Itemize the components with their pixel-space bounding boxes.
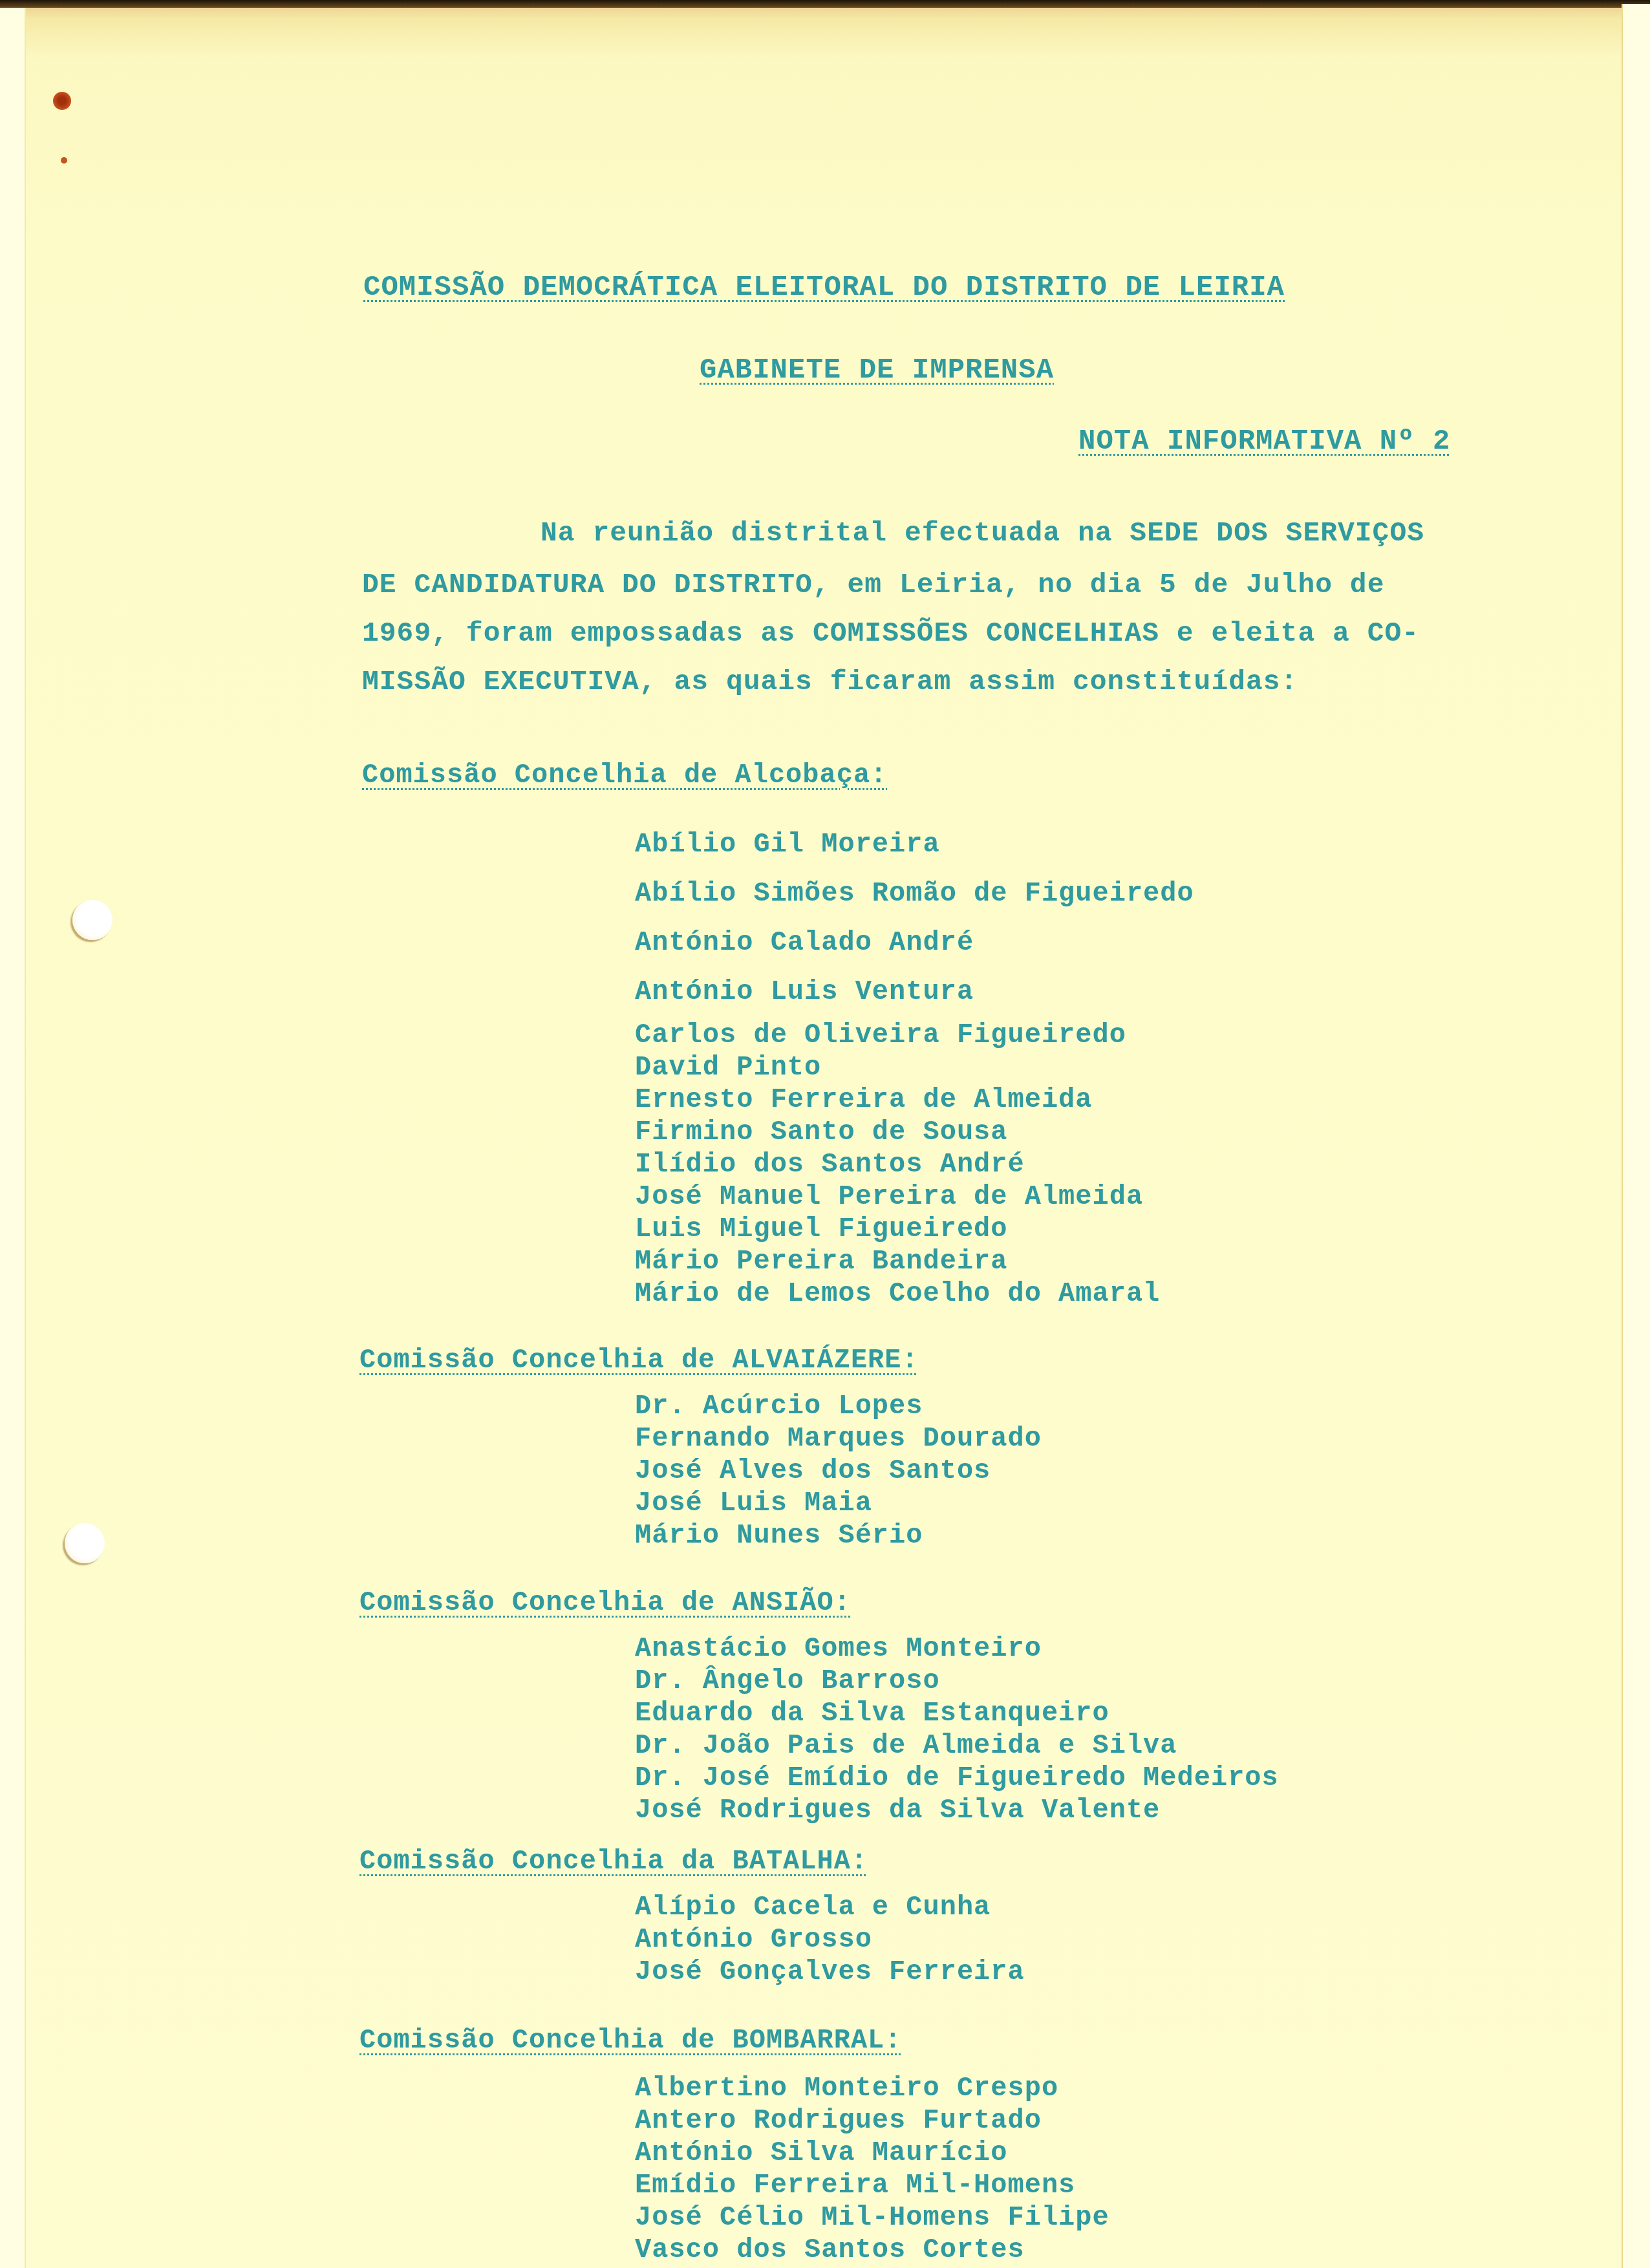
section-title-bombarral: Comissão Concelhia de BOMBARRAL: (359, 2025, 902, 2056)
member-name: Fernando Marques Dourado (635, 1422, 1042, 1455)
member-name: Dr. José Emídio de Figueiredo Medeiros (635, 1762, 1279, 1794)
punch-hole-icon (65, 1523, 105, 1563)
rust-stain-mark (53, 92, 71, 110)
member-name: Alípio Cacela e Cunha (635, 1891, 1025, 1923)
document-page: COMISSÃO DEMOCRÁTICA ELEITORAL DO DISTRI… (0, 0, 1650, 2268)
member-list-ansiao: Anastácio Gomes Monteiro Dr. Ângelo Barr… (635, 1632, 1279, 1826)
member-name: José Manuel Pereira de Almeida (635, 1181, 1160, 1213)
member-name: Mário de Lemos Coelho do Amaral (635, 1278, 1160, 1310)
section-title-alvaiazere: Comissão Concelhia de ALVAIÁZERE: (359, 1345, 919, 1376)
member-name: Emídio Ferreira Mil-Homens (635, 2169, 1109, 2201)
member-list-batalha: Alípio Cacela e Cunha António Grosso Jos… (635, 1891, 1025, 1988)
punch-hole-icon (72, 900, 112, 940)
member-list-alvaiazere: Dr. Acúrcio Lopes Fernando Marques Doura… (635, 1390, 1042, 1552)
member-name: Dr. Acúrcio Lopes (635, 1390, 1042, 1422)
member-name: António Silva Maurício (635, 2137, 1109, 2169)
member-name: Dr. Ângelo Barroso (635, 1665, 1279, 1697)
paper-edge-left (0, 8, 26, 2268)
member-name: Luis Miguel Figueiredo (635, 1213, 1160, 1245)
member-name: Ernesto Ferreira de Almeida (635, 1084, 1160, 1116)
member-name: Abílio Simões Romão de Figueiredo (635, 869, 1194, 918)
paper-edge-right (1622, 4, 1650, 2268)
member-list-bombarral: Albertino Monteiro Crespo Antero Rodrigu… (635, 2072, 1109, 2266)
intro-line: DE CANDIDATURA DO DISTRITO, em Leiria, n… (362, 569, 1384, 601)
member-name: Albertino Monteiro Crespo (635, 2072, 1109, 2104)
member-name: José Célio Mil-Homens Filipe (635, 2201, 1109, 2234)
member-name: Eduardo da Silva Estanqueiro (635, 1697, 1279, 1729)
section-title-alcobaca: Comissão Concelhia de Alcobaça: (362, 760, 887, 791)
intro-line: MISSÃO EXECUTIVA, as quais ficaram assim… (362, 666, 1298, 698)
office-heading: GABINETE DE IMPRENSA (700, 354, 1054, 387)
member-name: Antero Rodrigues Furtado (635, 2104, 1109, 2137)
member-name: José Luis Maia (635, 1487, 1042, 1519)
member-name: Mário Nunes Sério (635, 1519, 1042, 1552)
member-name: David Pinto (635, 1051, 1160, 1084)
organization-heading: COMISSÃO DEMOCRÁTICA ELEITORAL DO DISTRI… (363, 272, 1285, 304)
member-name: António Grosso (635, 1923, 1025, 1956)
member-list-alcobaca: Carlos de Oliveira Figueiredo David Pint… (635, 1019, 1160, 1310)
note-number: NOTA INFORMATIVA Nº 2 (1078, 425, 1451, 458)
scan-edge-top (0, 0, 1650, 8)
member-name: Abílio Gil Moreira (635, 820, 1194, 869)
member-name: Mário Pereira Bandeira (635, 1245, 1160, 1278)
member-name: Vasco dos Santos Cortes (635, 2234, 1109, 2266)
member-name: Carlos de Oliveira Figueiredo (635, 1019, 1160, 1051)
intro-line: 1969, foram empossadas as COMISSÕES CONC… (362, 617, 1419, 649)
rust-stain-dot (61, 157, 67, 164)
member-name: Dr. João Pais de Almeida e Silva (635, 1729, 1279, 1762)
section-title-batalha: Comissão Concelhia da BATALHA: (359, 1846, 868, 1877)
section-title-ansiao: Comissão Concelhia de ANSIÃO: (359, 1587, 851, 1618)
member-name: José Alves dos Santos (635, 1455, 1042, 1487)
member-list-alcobaca-spaced: Abílio Gil Moreira Abílio Simões Romão d… (635, 820, 1194, 1016)
member-name: Ilídio dos Santos André (635, 1148, 1160, 1181)
member-name: José Gonçalves Ferreira (635, 1956, 1025, 1988)
member-name: António Calado André (635, 918, 1194, 967)
intro-line: Na reunião distrital efectuada na SEDE D… (541, 517, 1424, 549)
member-name: José Rodrigues da Silva Valente (635, 1794, 1279, 1826)
member-name: Anastácio Gomes Monteiro (635, 1632, 1279, 1665)
member-name: Firmino Santo de Sousa (635, 1116, 1160, 1148)
member-name: António Luis Ventura (635, 967, 1194, 1016)
